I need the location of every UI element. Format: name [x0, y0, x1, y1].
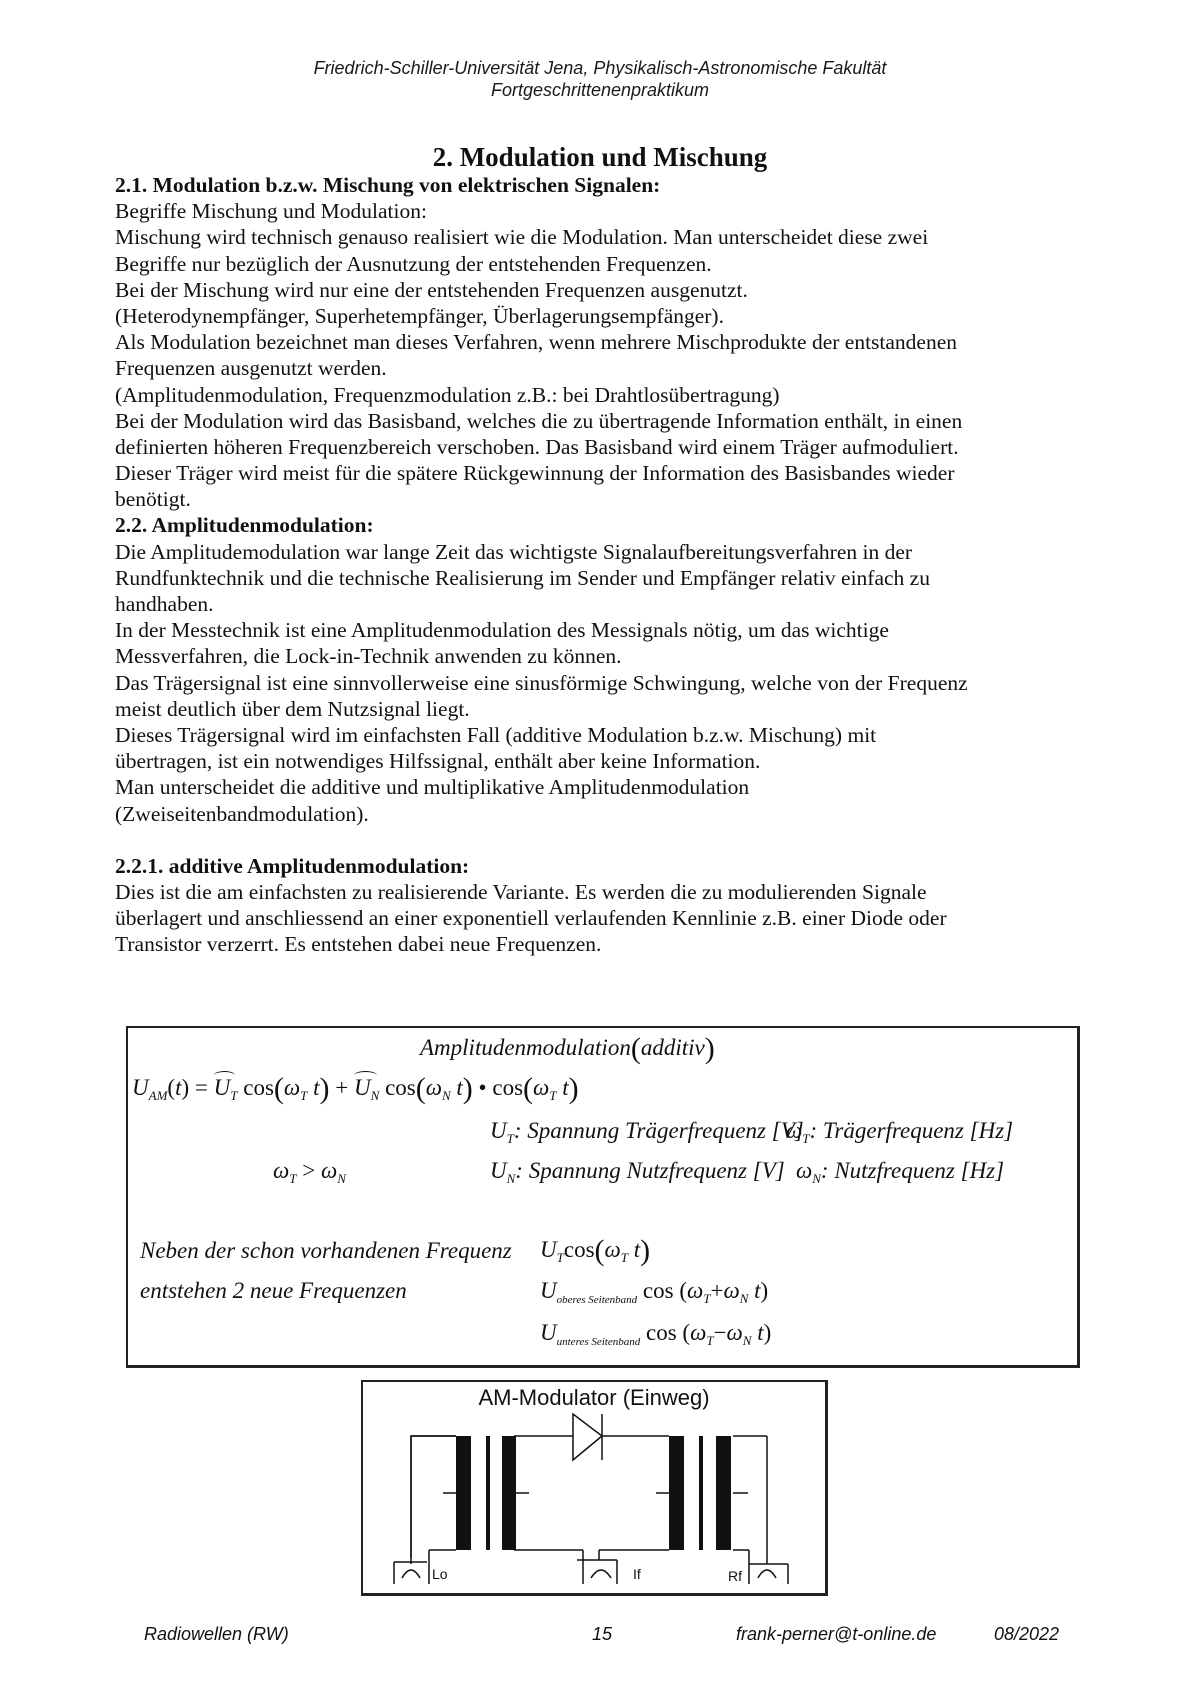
section-2-2-1-paragraphs: Dies ist die am einfachsten zu realisier…	[115, 879, 1095, 958]
frequency-condition: ωT > ωN	[273, 1158, 346, 1187]
lower-sideband-term: Uunteres Seitenband cos (ωT−ωN t)	[540, 1320, 771, 1349]
text-line: Dieser Träger wird meist für die spätere…	[115, 460, 1095, 486]
upper-sideband-term: Uoberes Seitenband cos (ωT+ωN t)	[540, 1278, 768, 1307]
section-2-2-paragraphs: Die Amplitudemodulation war lange Zeit d…	[115, 539, 1095, 827]
section-heading-2-1: 2.1. Modulation b.z.w. Mischung von elek…	[115, 172, 1095, 198]
legend-un: UN: Spannung Nutzfrequenz [V]	[490, 1158, 785, 1187]
chapter-title: 2. Modulation und Mischung	[0, 142, 1200, 173]
formula-title: Amplitudenmodulation(additiv)	[420, 1032, 715, 1066]
text-line: handhaben.	[115, 591, 1095, 617]
text-line: überlagert und anschliessend an einer ex…	[115, 905, 1095, 931]
am-modulator-diagram: AM-Modulator (Einweg)	[361, 1380, 828, 1596]
section-heading-2-2-1: 2.2.1. additive Amplitudenmodulation:	[115, 853, 1095, 879]
text-line: Rundfunktechnik und die technische Reali…	[115, 565, 1095, 591]
text-line: (Heterodynempfänger, Superhetempfänger, …	[115, 303, 1095, 329]
label-lo: Lo	[432, 1566, 448, 1582]
text-line: In der Messtechnik ist eine Amplitudenmo…	[115, 617, 1095, 643]
text-line: Begriffe nur bezüglich der Ausnutzung de…	[115, 251, 1095, 277]
text-line: Bei der Mischung wird nur eine der entst…	[115, 277, 1095, 303]
text-line: Das Trägersignal ist eine sinnvollerweis…	[115, 670, 1095, 696]
text-line: Frequenzen ausgenutzt werden.	[115, 355, 1095, 381]
legend-omega-n: ωN: Nutzfrequenz [Hz]	[796, 1158, 1004, 1187]
body-text: 2.1. Modulation b.z.w. Mischung von elek…	[115, 172, 1095, 958]
circuit-schematic	[363, 1382, 826, 1594]
text-line: benötigt.	[115, 486, 1095, 512]
running-header-institution: Friedrich-Schiller-Universität Jena, Phy…	[0, 58, 1200, 79]
text-line: Bei der Modulation wird das Basisband, w…	[115, 408, 1095, 434]
text-line: Als Modulation bezeichnet man dieses Ver…	[115, 329, 1095, 355]
text-line: (Zweiseitenbandmodulation).	[115, 801, 1095, 827]
note-line-2: entstehen 2 neue Frequenzen	[140, 1278, 407, 1304]
carrier-term: UTcos(ωT t)	[540, 1234, 650, 1268]
text-line: meist deutlich über dem Nutzsignal liegt…	[115, 696, 1095, 722]
note-line-1: Neben der schon vorhandenen Frequenz	[140, 1238, 512, 1264]
formula-box: Amplitudenmodulation(additiv) UAM(t) = U…	[126, 1026, 1080, 1368]
text-line: Messverfahren, die Lock-in-Technik anwen…	[115, 643, 1095, 669]
footer-email: frank-perner@t-online.de	[736, 1624, 936, 1645]
running-header-course: Fortgeschrittenenpraktikum	[0, 80, 1200, 101]
am-equation: UAM(t) = UT cos(ωT t) + UN cos(ωN t) • c…	[132, 1072, 579, 1106]
label-rf: Rf	[728, 1568, 742, 1584]
text-line: Dies ist die am einfachsten zu realisier…	[115, 879, 1095, 905]
paragraph-gap	[115, 827, 1095, 853]
label-if: If	[633, 1566, 641, 1582]
footer-date: 08/2022	[994, 1624, 1059, 1645]
legend-ut: UT: Spannung Trägerfrequenz [V]	[490, 1118, 804, 1147]
text-line: Begriffe Mischung und Modulation:	[115, 198, 1095, 224]
section-2-1-paragraphs: Begriffe Mischung und Modulation:Mischun…	[115, 198, 1095, 512]
footer-page-number: 15	[592, 1624, 612, 1645]
section-heading-2-2: 2.2. Amplitudenmodulation:	[115, 512, 1095, 538]
text-line: (Amplitudenmodulation, Frequenzmodulatio…	[115, 382, 1095, 408]
legend-omega-t: ωT: Trägerfrequenz [Hz]	[786, 1118, 1013, 1147]
text-line: Transistor verzerrt. Es entstehen dabei …	[115, 931, 1095, 957]
text-line: Dieses Trägersignal wird im einfachsten …	[115, 722, 1095, 748]
text-line: definierten höheren Frequenzbereich vers…	[115, 434, 1095, 460]
text-line: Man unterscheidet die additive und multi…	[115, 774, 1095, 800]
text-line: übertragen, ist ein notwendiges Hilfssig…	[115, 748, 1095, 774]
text-line: Die Amplitudemodulation war lange Zeit d…	[115, 539, 1095, 565]
text-line: Mischung wird technisch genauso realisie…	[115, 224, 1095, 250]
footer-document-name: Radiowellen (RW)	[144, 1624, 289, 1645]
